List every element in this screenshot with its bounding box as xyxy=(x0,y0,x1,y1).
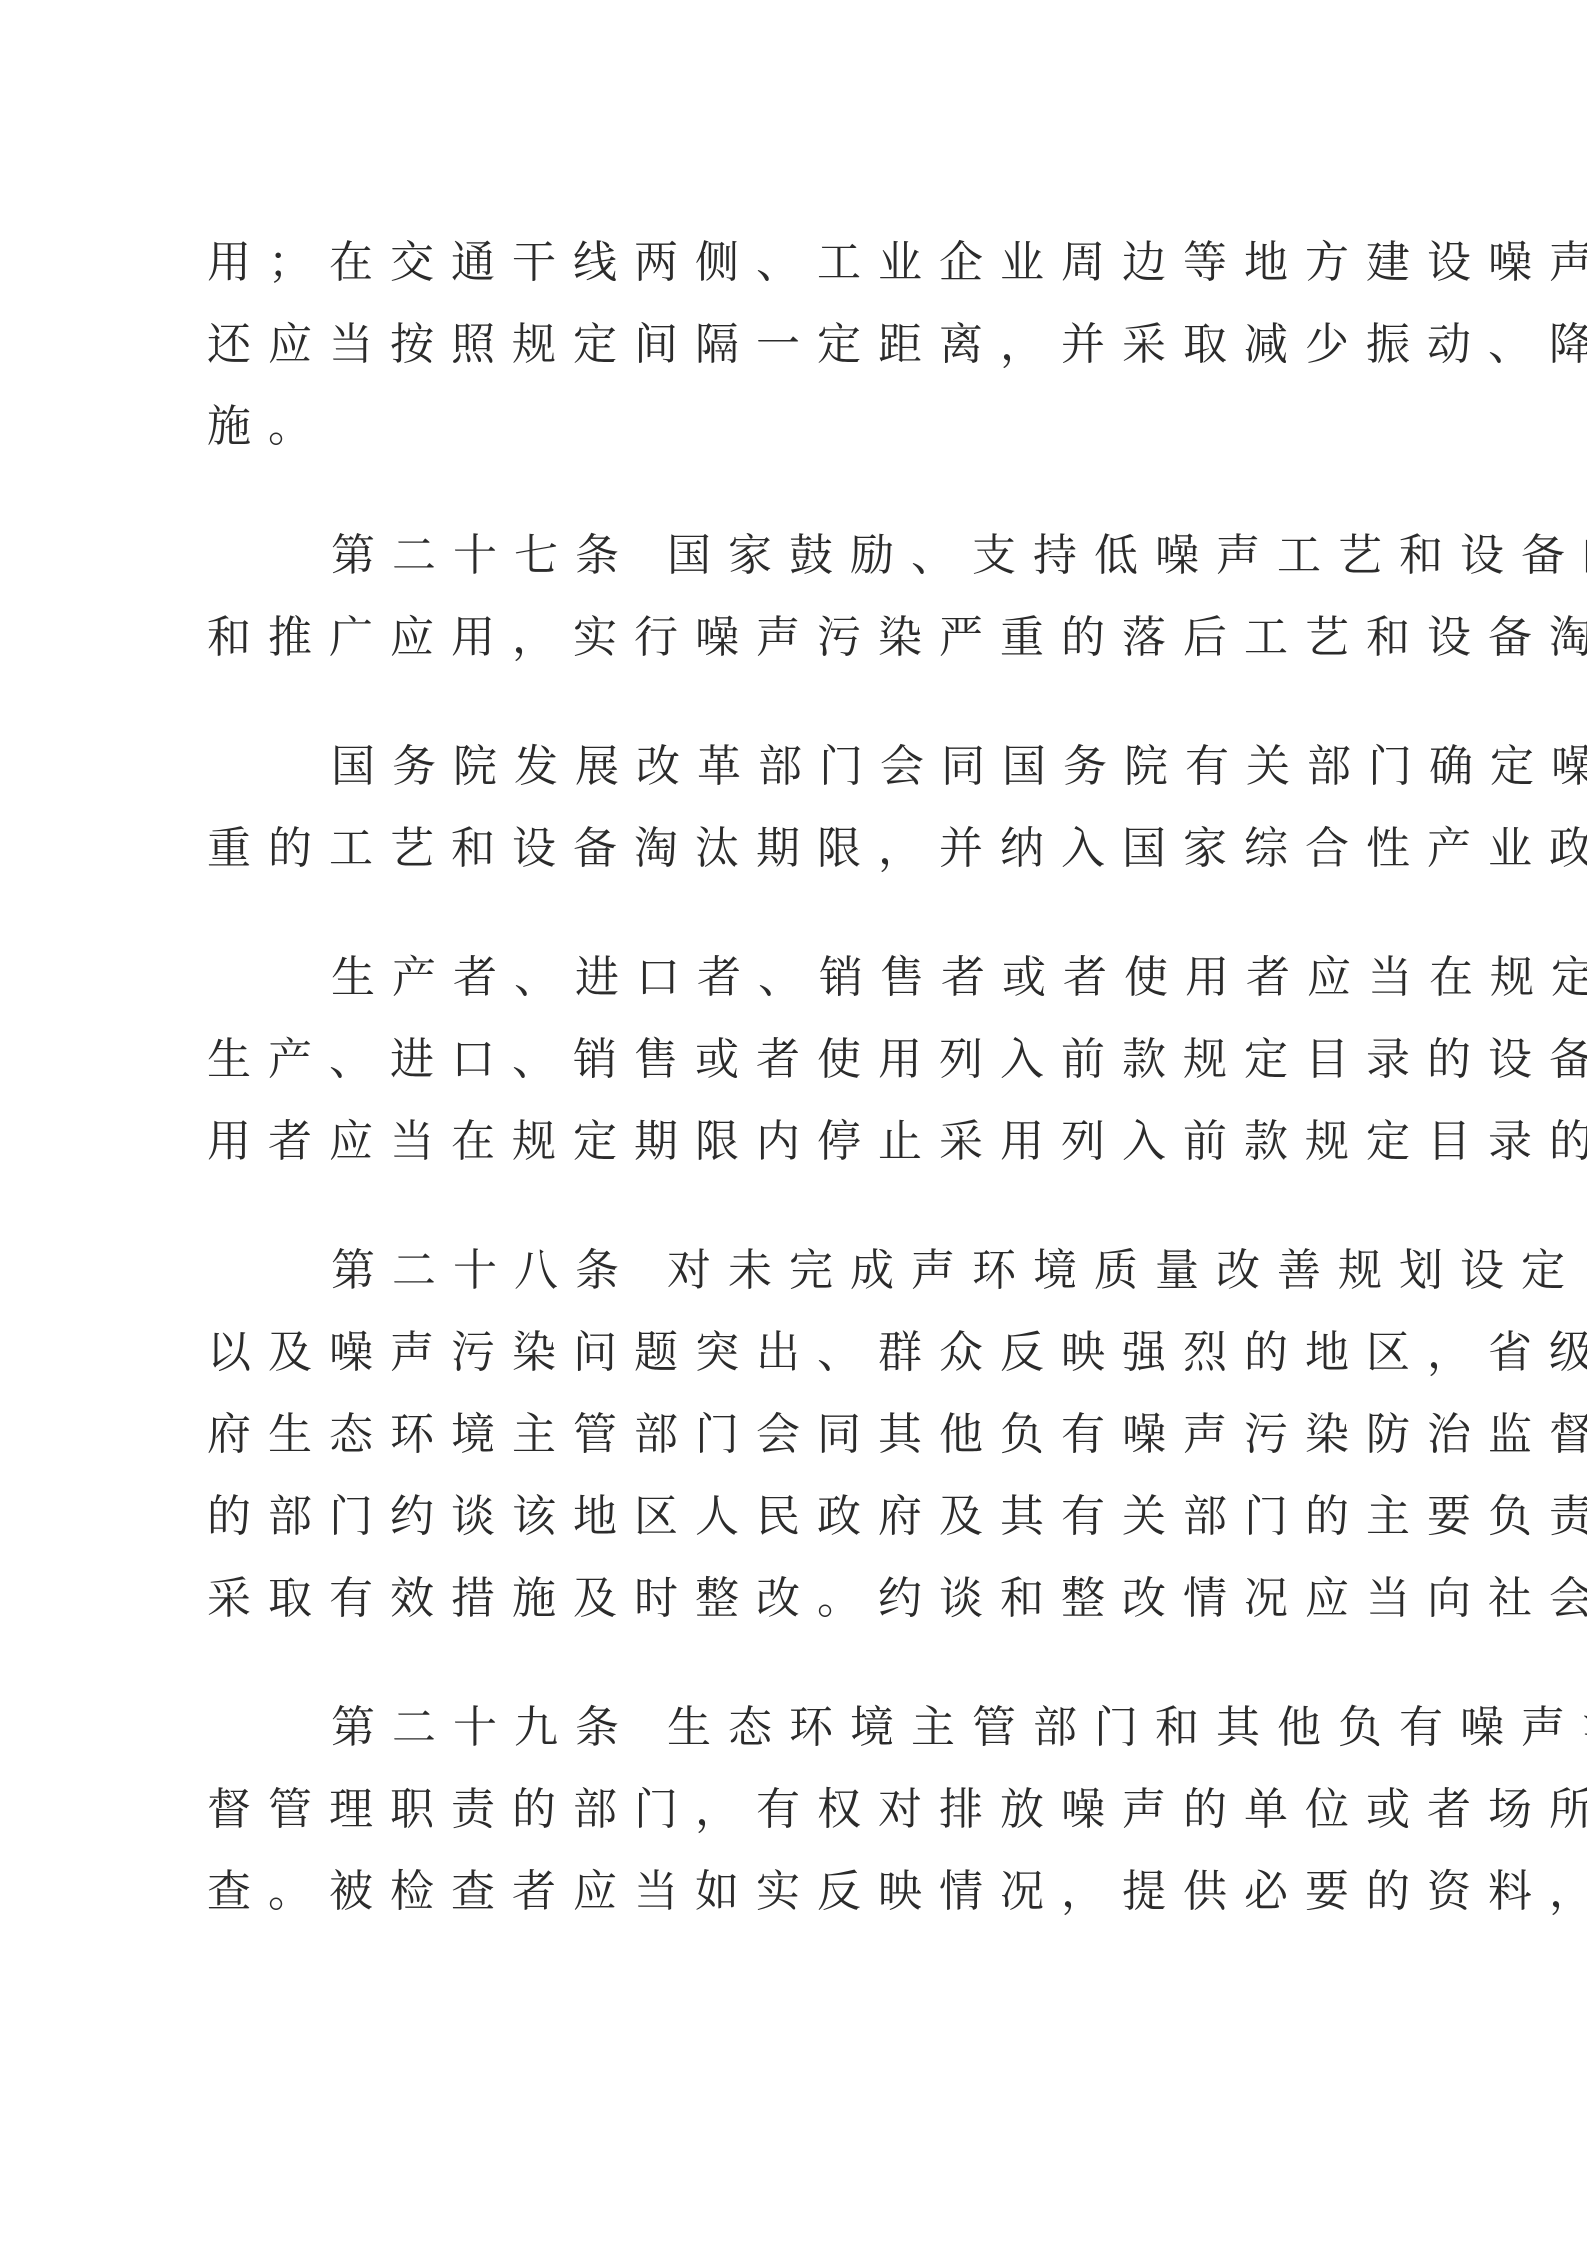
text-line: 生产、进口、销售或者使用列入前款规定目录的设备。工艺的采 xyxy=(207,1019,1387,1101)
text-line: 采取有效措施及时整改。约谈和整改情况应当向社会公开。 xyxy=(207,1558,1387,1640)
text-line: 还应当按照规定间隔一定距离，并采取减少振动、降低噪声的措 xyxy=(207,304,1387,386)
text-line: 施。 xyxy=(207,386,1387,468)
text-line: 督管理职责的部门，有权对排放噪声的单位或者场所进行现场检 xyxy=(207,1769,1387,1851)
text-line: 的部门约谈该地区人民政府及其有关部门的主要负责人，要求其 xyxy=(207,1476,1387,1558)
text-line: 第二十九条 生态环境主管部门和其他负有噪声污染防治监 xyxy=(207,1687,1387,1769)
text-line: 第二十七条 国家鼓励、支持低噪声工艺和设备的研究开发 xyxy=(207,515,1387,597)
document-page: 用；在交通干线两侧、工业企业周边等地方建设噪声敏感建筑物， 还应当按照规定间隔一… xyxy=(207,222,1387,1980)
text-line: 和推广应用，实行噪声污染严重的落后工艺和设备淘汰制度。 xyxy=(207,597,1387,679)
paragraph-continuation: 用；在交通干线两侧、工业企业周边等地方建设噪声敏感建筑物， 还应当按照规定间隔一… xyxy=(207,222,1387,468)
text-line: 以及噪声污染问题突出、群众反映强烈的地区，省级以上人民政 xyxy=(207,1312,1387,1394)
text-line: 查。被检查者应当如实反映情况，提供必要的资料，不得拒绝或 xyxy=(207,1851,1387,1933)
text-line: 用；在交通干线两侧、工业企业周边等地方建设噪声敏感建筑物， xyxy=(207,222,1387,304)
text-line: 生产者、进口者、销售者或者使用者应当在规定期限内停止 xyxy=(207,937,1387,1019)
text-line: 府生态环境主管部门会同其他负有噪声污染防治监督管理职责 xyxy=(207,1394,1387,1476)
text-line: 用者应当在规定期限内停止采用列入前款规定目录的工艺。 xyxy=(207,1101,1387,1183)
paragraph-article-27-clause-3: 生产者、进口者、销售者或者使用者应当在规定期限内停止 生产、进口、销售或者使用列… xyxy=(207,937,1387,1183)
text-line: 第二十八条 对未完成声环境质量改善规划设定目标的地区 xyxy=(207,1230,1387,1312)
paragraph-article-29: 第二十九条 生态环境主管部门和其他负有噪声污染防治监 督管理职责的部门，有权对排… xyxy=(207,1687,1387,1933)
paragraph-article-27-clause-2: 国务院发展改革部门会同国务院有关部门确定噪声污染严 重的工艺和设备淘汰期限，并纳… xyxy=(207,726,1387,890)
text-line: 重的工艺和设备淘汰期限，并纳入国家综合性产业政策目录。 xyxy=(207,808,1387,890)
paragraph-article-28: 第二十八条 对未完成声环境质量改善规划设定目标的地区 以及噪声污染问题突出、群众… xyxy=(207,1230,1387,1640)
paragraph-article-27: 第二十七条 国家鼓励、支持低噪声工艺和设备的研究开发 和推广应用，实行噪声污染严… xyxy=(207,515,1387,679)
text-line: 国务院发展改革部门会同国务院有关部门确定噪声污染严 xyxy=(207,726,1387,808)
